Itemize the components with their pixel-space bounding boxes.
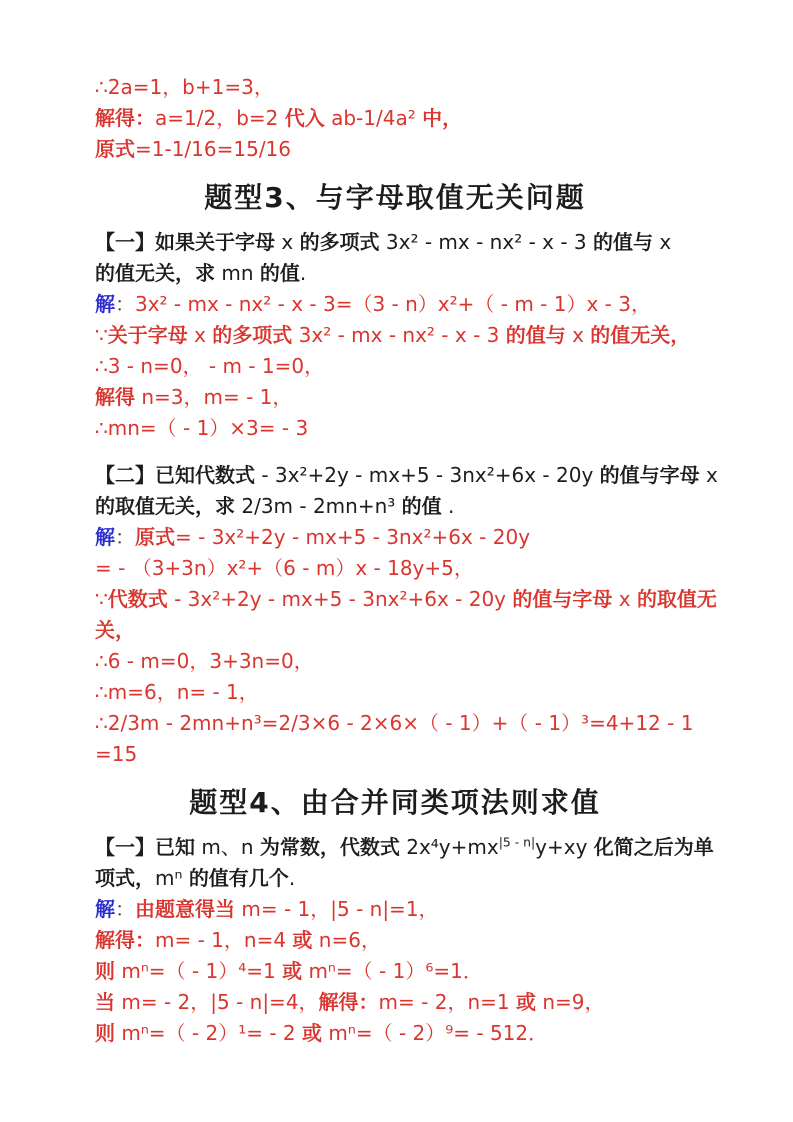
text-segment: 由题意得当: [135, 897, 235, 921]
text-segment: ：: [115, 897, 135, 921]
text-segment: 为常数，代数式: [260, 835, 400, 859]
text-segment: 的取值无关，求: [95, 494, 235, 518]
text-segment: =1-1/16=15/16: [135, 137, 291, 161]
text-segment: 或: [292, 928, 312, 952]
text-segment: = - （3+3n）x²+（6 - m）x - 18y+5，: [95, 556, 474, 580]
text-segment: n=3，m= - 1，: [135, 385, 292, 409]
document-line: 的值无关，求 mn 的值.: [95, 258, 735, 289]
document-line: =15: [95, 739, 735, 770]
text-segment: .: [442, 494, 455, 518]
text-segment: ∵: [95, 323, 108, 347]
text-segment: 化简之后为单: [594, 835, 714, 859]
text-segment: 的值无关，: [590, 323, 690, 347]
document-line: 的取值无关，求 2/3m - 2mn+n³ 的值 .: [95, 491, 735, 522]
text-segment: n=6，: [312, 928, 381, 952]
text-segment: 【一】如果关于字母: [95, 230, 275, 254]
text-segment: 当: [95, 990, 115, 1014]
text-segment: 解: [95, 525, 115, 549]
document-line: 解得：a=1/2，b=2 代入 ab-1/4a² 中，: [95, 103, 735, 134]
text-segment: 关于字母: [108, 323, 188, 347]
text-segment: 解得：: [319, 990, 379, 1014]
text-segment: m= - 1，n=4: [155, 928, 292, 952]
text-segment: 代入: [285, 106, 325, 130]
document-line: 【一】已知 m、n 为常数，代数式 2x⁴y+mx|5 - n|y+xy 化简之…: [95, 832, 735, 863]
document-line: 关，: [95, 615, 735, 646]
text-segment: mⁿ=（ - 2）¹= - 2: [115, 1021, 302, 1045]
text-segment: 解得: [95, 385, 135, 409]
text-segment: 解得：: [95, 928, 155, 952]
text-segment: ∴m=6，n= - 1，: [95, 680, 259, 704]
text-segment: 的取值无: [637, 587, 717, 611]
text-segment: ∴2a=1，b+1=3，: [95, 75, 274, 99]
document-line: ∴6 - m=0，3+3n=0，: [95, 646, 735, 677]
document-line: 【二】已知代数式 - 3x²+2y - mx+5 - 3nx²+6x - 20y…: [95, 460, 735, 491]
document-line: 则 mⁿ=（ - 2）¹= - 2 或 mⁿ=（ - 2）⁹= - 512．: [95, 1018, 735, 1049]
text-segment: 的值与: [506, 323, 566, 347]
document-line: 当 m= - 2，|5 - n|=4，解得：m= - 2，n=1 或 n=9，: [95, 987, 735, 1018]
text-segment: mⁿ=（ - 2）⁹= - 512．: [322, 1021, 548, 1045]
text-segment: m、n: [195, 835, 260, 859]
text-segment: - 3x²+2y - mx+5 - 3nx²+6x - 20y: [255, 463, 600, 487]
text-segment: ：: [115, 292, 135, 316]
text-segment: - 3x²+2y - mx+5 - 3nx²+6x - 20y: [168, 587, 513, 611]
document-page: ∴2a=1，b+1=3，解得：a=1/2，b=2 代入 ab-1/4a² 中，原…: [0, 0, 793, 1122]
text-segment: ：: [115, 525, 135, 549]
text-segment: ∵: [95, 587, 108, 611]
text-segment: 2x⁴y+mx: [400, 835, 499, 859]
section-heading: 题型4、由合并同类项法则求值: [95, 783, 695, 823]
text-segment: m= - 2，n=1: [379, 990, 516, 1014]
text-segment: mⁿ: [155, 866, 189, 890]
text-segment: 解: [95, 292, 115, 316]
document-body: ∴2a=1，b+1=3，解得：a=1/2，b=2 代入 ab-1/4a² 中，原…: [95, 72, 735, 1049]
text-segment: 原式: [135, 525, 175, 549]
text-segment: m= - 2，|5 - n|=4，: [115, 990, 319, 1014]
text-segment: 或: [516, 990, 536, 1014]
text-segment: 题型3、与字母取值无关问题: [204, 181, 585, 214]
text-segment: 3x² - mx - nx² - x - 3=（3 - n）x²+（ - m -…: [135, 292, 651, 316]
text-segment: x: [188, 323, 213, 347]
document-line: ∴mn=（ - 1）×3= - 3: [95, 413, 735, 444]
text-segment: x: [612, 587, 637, 611]
text-segment: 原式: [95, 137, 135, 161]
document-line: 项式，mⁿ 的值有几个.: [95, 863, 735, 894]
document-line: ∴2/3m - 2mn+n³=2/3×6 - 2×6×（ - 1）+（ - 1）…: [95, 708, 735, 739]
text-segment: ∴2/3m - 2mn+n³=2/3×6 - 2×6×（ - 1）+（ - 1）…: [95, 711, 693, 735]
document-line: 解得：m= - 1，n=4 或 n=6，: [95, 925, 735, 956]
document-line: 解：3x² - mx - nx² - x - 3=（3 - n）x²+（ - m…: [95, 289, 735, 320]
text-segment: mⁿ=（ - 1）⁴=1: [115, 959, 282, 983]
text-segment: 的值有几个: [189, 866, 289, 890]
text-segment: x: [566, 323, 591, 347]
text-segment: .: [300, 261, 306, 285]
document-line: 解得 n=3，m= - 1，: [95, 382, 735, 413]
text-segment: 解: [95, 897, 115, 921]
document-line: 原式=1-1/16=15/16: [95, 134, 735, 165]
text-segment: 关，: [95, 618, 135, 642]
text-segment: 解得：: [95, 106, 155, 130]
text-segment: 的多项式: [212, 323, 292, 347]
text-segment: |5 - n|: [499, 834, 535, 849]
section-heading: 题型3、与字母取值无关问题: [95, 178, 695, 218]
text-segment: ∴mn=（ - 1）×3= - 3: [95, 416, 308, 440]
text-segment: 项式，: [95, 866, 155, 890]
text-segment: 【二】已知代数式: [95, 463, 255, 487]
document-line: ∴2a=1，b+1=3，: [95, 72, 735, 103]
text-segment: 则: [95, 959, 115, 983]
document-line: 解：原式= - 3x²+2y - mx+5 - 3nx²+6x - 20y: [95, 522, 735, 553]
document-line: ∵代数式 - 3x²+2y - mx+5 - 3nx²+6x - 20y 的值与…: [95, 584, 735, 615]
text-segment: 或: [302, 1021, 322, 1045]
text-segment: mⁿ=（ - 1）⁶=1．: [302, 959, 483, 983]
text-segment: x: [700, 463, 718, 487]
document-line: ∴3 - n=0， - m - 1=0，: [95, 351, 735, 382]
text-segment: ab-1/4a²: [325, 106, 422, 130]
text-segment: 的值无关，求: [95, 261, 215, 285]
text-segment: 的值与字母: [600, 463, 700, 487]
text-segment: 的值: [260, 261, 300, 285]
document-line: ∴m=6，n= - 1，: [95, 677, 735, 708]
text-segment: 2/3m - 2mn+n³: [235, 494, 402, 518]
text-segment: mn: [215, 261, 260, 285]
text-segment: 的值: [402, 494, 442, 518]
text-segment: x: [653, 230, 671, 254]
document-line: = - （3+3n）x²+（6 - m）x - 18y+5，: [95, 553, 735, 584]
text-segment: a=1/2，b=2: [155, 106, 285, 130]
text-segment: =15: [95, 742, 137, 766]
text-segment: 【一】已知: [95, 835, 195, 859]
text-segment: 的多项式: [300, 230, 380, 254]
document-line: 则 mⁿ=（ - 1）⁴=1 或 mⁿ=（ - 1）⁶=1．: [95, 956, 735, 987]
text-segment: y+xy: [535, 835, 594, 859]
document-line: 【一】如果关于字母 x 的多项式 3x² - mx - nx² - x - 3 …: [95, 227, 735, 258]
text-segment: n=9，: [536, 990, 605, 1014]
text-segment: 则: [95, 1021, 115, 1045]
text-segment: 或: [282, 959, 302, 983]
text-segment: m= - 1，|5 - n|=1，: [235, 897, 439, 921]
text-segment: 的值与字母: [512, 587, 612, 611]
text-segment: 3x² - mx - nx² - x - 3: [292, 323, 505, 347]
text-segment: ∴6 - m=0，3+3n=0，: [95, 649, 314, 673]
document-line: ∵关于字母 x 的多项式 3x² - mx - nx² - x - 3 的值与 …: [95, 320, 735, 351]
text-segment: = - 3x²+2y - mx+5 - 3nx²+6x - 20y: [175, 525, 530, 549]
document-line: 解：由题意得当 m= - 1，|5 - n|=1，: [95, 894, 735, 925]
text-segment: ∴3 - n=0， - m - 1=0，: [95, 354, 324, 378]
text-segment: 的值与: [593, 230, 653, 254]
text-segment: x: [275, 230, 300, 254]
text-segment: 题型4、由合并同类项法则求值: [189, 786, 600, 819]
text-segment: .: [289, 866, 295, 890]
text-segment: 代数式: [108, 587, 168, 611]
text-segment: 中，: [422, 106, 462, 130]
text-segment: 3x² - mx - nx² - x - 3: [380, 230, 593, 254]
